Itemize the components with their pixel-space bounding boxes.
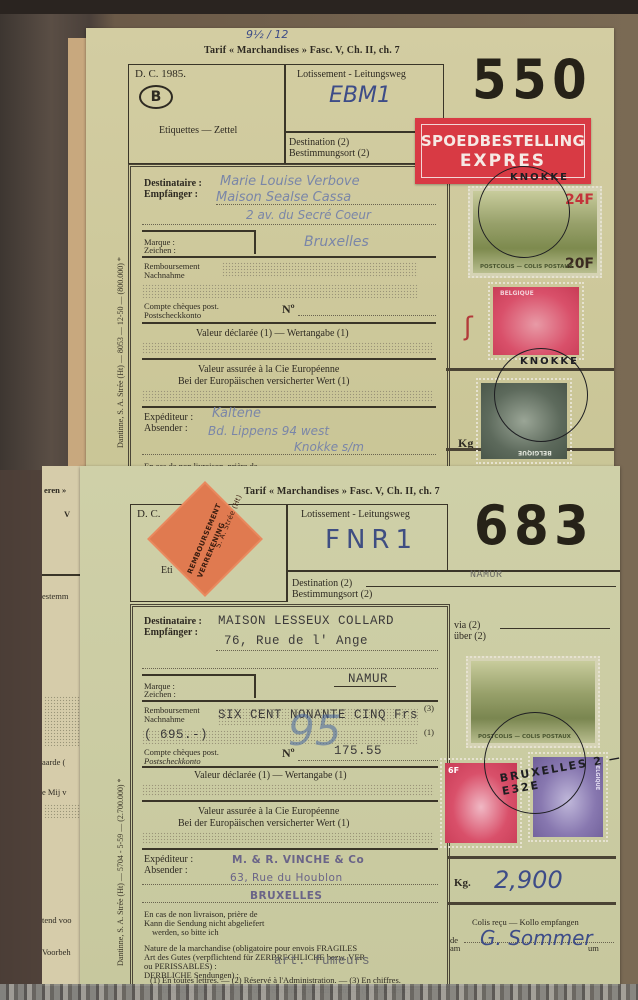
fragment-7: Voorbeh [42, 948, 71, 957]
stamp-caption: POSTCOLIS — COLIS POSTAUX [480, 264, 573, 270]
divider [142, 230, 254, 232]
destination-stamp: NAMUR [470, 570, 503, 581]
dotted-line [216, 650, 438, 651]
recipient-address: 76, Rue de l' Ange [224, 634, 368, 648]
divider [142, 674, 254, 676]
non-livraison-de2: werden, so bitte ich [152, 928, 219, 937]
recipient-address: 2 av. du Secré Coeur [246, 208, 371, 222]
remboursement-figures-field [142, 284, 418, 298]
bestimmungsort-label: Bestimmungsort (2) [292, 589, 372, 600]
form-code: D. C. 1985. [135, 69, 186, 80]
divider [142, 766, 438, 768]
bestimmungsort-label: Bestimmungsort (2) [289, 148, 369, 159]
sncb-logo-icon: B [139, 85, 173, 109]
zeichen-label: Zeichen : [144, 690, 176, 699]
address-section: Destinataire : Empfänger : Marie Louise … [136, 170, 440, 484]
number-label: Nº [282, 304, 295, 315]
valeur-declaree-label: Valeur déclarée (1) — Wertangabe (1) [196, 328, 349, 339]
dotted-line [298, 315, 436, 316]
sender-address: 63, Rue du Houblon [230, 872, 343, 884]
destination-label: Destination (2) [289, 137, 349, 148]
divider [142, 700, 438, 702]
valeur-assuree-field [142, 832, 434, 844]
divider [142, 848, 438, 850]
fragment-5: e Mij v [42, 788, 67, 797]
valeur-declaree-field [142, 342, 432, 354]
stamp-country: BELGIQUE [518, 449, 552, 456]
kg-label: Kg. [454, 878, 471, 889]
handwritten-mark: 95 [288, 706, 341, 755]
via-label: via (2) [454, 620, 480, 631]
lotissement-label: Lotissement - Leitungsweg [301, 509, 410, 520]
sender-city: BRUXELLES [250, 890, 323, 902]
signature: G. Sommer [480, 926, 593, 950]
etiquettes-box: D. C. 1985. B Etiquettes — Zettel [128, 64, 286, 164]
valeur-assuree-de: Bei der Europäischen versicherter Wert (… [178, 376, 349, 387]
sender-city: Knokke s/m [294, 440, 364, 454]
printer-imprint: Dantinne, S. A. Strée (Ht) — 5704 - 5-59… [116, 778, 125, 966]
divider [142, 800, 438, 802]
parcel-number: 683 [474, 494, 594, 557]
recipient-name: Marie Louise Verbove [220, 174, 360, 189]
divider [42, 574, 84, 576]
postmark-text: KNOKKE [510, 172, 569, 183]
recipient-company: Maison Sealse Cassa [216, 190, 351, 205]
destination-label: Destination (2) [292, 578, 352, 589]
destination-line [366, 586, 616, 587]
etiquettes-label: Etiquettes — Zettel [159, 125, 237, 136]
dotted-line [216, 204, 436, 205]
absender-label: Absender : [144, 865, 188, 876]
stamp-value: 6F [448, 766, 459, 775]
recipient-name: MAISON LESSEUX COLLARD [218, 614, 394, 628]
nachnahme-label: Nachnahme [144, 715, 185, 724]
empfanger-label: Empfänger : [144, 627, 198, 638]
remboursement-field [222, 262, 418, 278]
divider [286, 570, 620, 572]
divider [142, 256, 436, 258]
lotissement-value: FNR1 [325, 525, 418, 555]
absender-label: Absender : [144, 423, 188, 434]
footnote-1: (1) [424, 728, 434, 737]
fragment-2: V [64, 510, 70, 519]
dotted-line [142, 902, 438, 903]
postscheck-label: Postscheckkonto [144, 757, 201, 766]
divider [448, 856, 616, 859]
destinataire-label: Destinataire : [144, 178, 202, 189]
dotted-line [142, 454, 436, 455]
sleeve-top-edge [0, 0, 638, 14]
valeur-assuree-fr: Valeur assurée à la Cie Européenne [198, 806, 339, 817]
sender-address: Bd. Lippens 94 west [208, 424, 329, 438]
dotted-field [44, 804, 82, 818]
colis-am-label: am [450, 944, 460, 953]
divider [142, 406, 436, 408]
divider [142, 358, 436, 360]
fragment-4: aarde ( [42, 758, 65, 767]
dotted-line [298, 760, 438, 761]
dotted-line [142, 224, 436, 225]
empfanger-label: Empfänger : [144, 189, 198, 200]
dotted-line [142, 884, 438, 885]
valeur-declaree-field [142, 784, 434, 796]
background-card-left: eren » V estemm aarde ( e Mij v tend voo… [42, 466, 84, 986]
tarif-header: Tarif « Marchandises » Fasc. V, Ch. II, … [244, 486, 440, 497]
printer-imprint: Dantinne, S. A. Strée (Ht) — 8053 — 12-5… [116, 257, 125, 448]
stamp-country: BELGIQUE [500, 290, 534, 297]
divider [254, 674, 256, 698]
handwritten-note: 9½ / 12 [246, 28, 288, 41]
divider [142, 322, 436, 324]
uber-label: über (2) [454, 631, 486, 642]
fragment-6: tend voo [42, 916, 72, 925]
expediteur-label: Expéditeur : [144, 854, 193, 865]
divider [254, 230, 256, 254]
lotissement-value: EBM1 [329, 83, 391, 108]
divider [448, 902, 616, 905]
recipient-city: Bruxelles [304, 234, 369, 250]
address-section: Destinataire : Empfänger : MAISON LESSEU… [138, 610, 440, 982]
destinataire-label: Destinataire : [144, 616, 202, 627]
lotissement-label: Lotissement - Leitungsweg [297, 69, 406, 80]
footnote-3: (3) [424, 704, 434, 713]
postmark-text: KNOKKE [520, 356, 579, 367]
lotissement-box: Lotissement - Leitungsweg FNR1 [286, 504, 448, 571]
sender-name: Kaltene [212, 406, 261, 421]
expediteur-label: Expéditeur : [144, 412, 193, 423]
album-sleeve-edge [0, 984, 638, 1000]
via-line [500, 628, 610, 629]
fragment-3: estemm [42, 592, 68, 601]
weight-value: 2,900 [494, 866, 563, 894]
recipient-city: NAMUR [348, 672, 388, 686]
nachnahme-label: Nachnahme [144, 271, 185, 280]
red-check-mark: ʃ [464, 312, 473, 342]
divider [286, 570, 288, 602]
dotted-line [142, 668, 438, 669]
postscheck-label: Postscheckkonto [144, 311, 201, 320]
sender-name: M. & R. VINCHE & Co [232, 854, 364, 866]
valeur-assuree-field [142, 390, 432, 402]
parcel-number: 550 [472, 48, 592, 111]
nature-value: art. fumeurs [274, 954, 370, 968]
valeur-assuree-de: Bei der Europäischen versicherter Wert (… [178, 818, 349, 829]
underline [334, 686, 396, 687]
express-label-line1: SPOEDBESTELLING [421, 131, 585, 151]
remboursement-figure: ( 695.-) [144, 728, 208, 742]
tarif-header: Tarif « Marchandises » Fasc. V, Ch. II, … [204, 45, 400, 56]
fragment-1: eren » [44, 486, 66, 495]
background-card-far-left [0, 470, 42, 990]
valeur-assuree-fr: Valeur assurée à la Cie Européenne [198, 364, 339, 375]
valeur-declaree-label: Valeur déclarée (1) — Wertangabe (1) [194, 770, 347, 781]
zeichen-label: Zeichen : [144, 246, 176, 255]
remboursement-sticker: REMBOURSEMENT VERREKENING S. A. Strée (H… [152, 486, 260, 594]
dotted-field [44, 696, 82, 746]
